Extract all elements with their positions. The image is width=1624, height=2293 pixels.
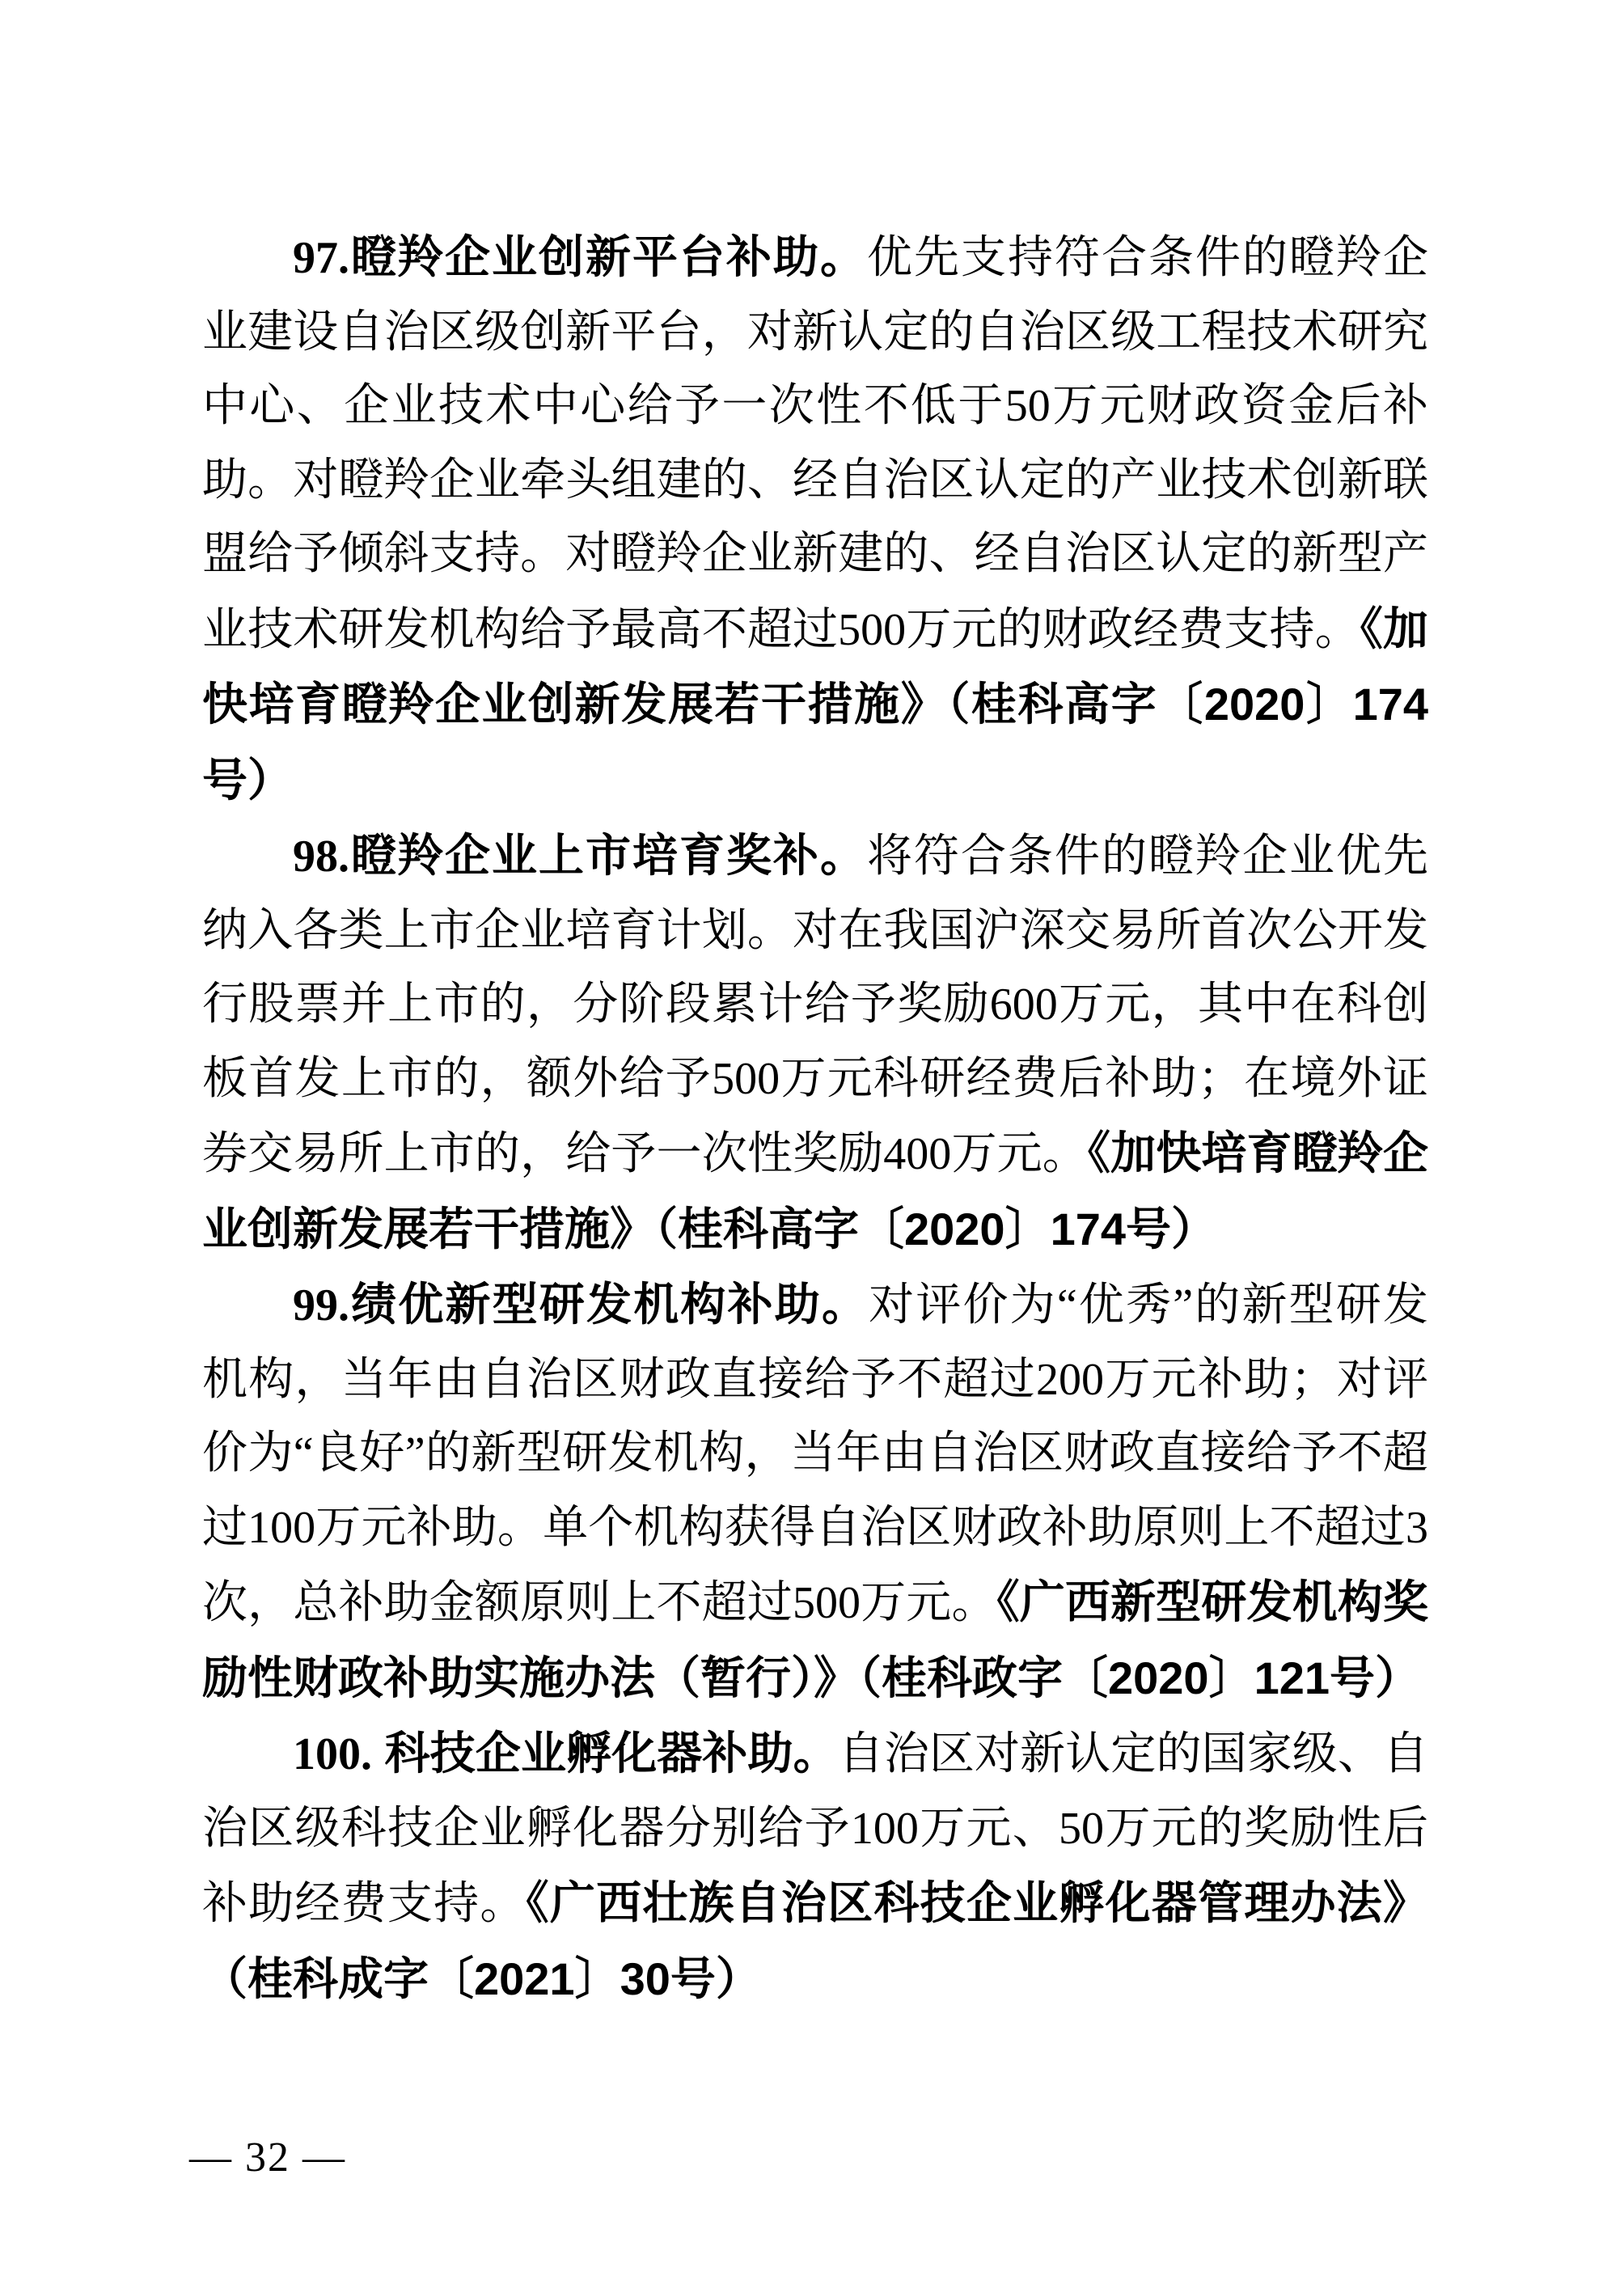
item-number: 99. <box>293 1280 349 1331</box>
policy-text-block: 97.瞪羚企业创新平台补助。优先支持符合条件的瞪羚企业建设自治区级创新平台，对新… <box>202 220 1428 2017</box>
item-number: 98. <box>293 831 349 882</box>
item-title: 绩优新型研发机构补助。 <box>349 1279 869 1330</box>
item-title: 科技企业孵化器补助。 <box>372 1728 839 1779</box>
document-page: 97.瞪羚企业创新平台补助。优先支持符合条件的瞪羚企业建设自治区级创新平台，对新… <box>0 0 1624 2293</box>
policy-item-99: 99.绩优新型研发机构补助。对评价为“优秀”的新型研发机构，当年由自治区财政直接… <box>202 1267 1428 1716</box>
item-title: 瞪羚企业上市培育奖补。 <box>349 830 867 881</box>
page-number: — 32 — <box>189 2134 346 2182</box>
item-number: 100. <box>293 1729 372 1779</box>
policy-item-98: 98.瞪羚企业上市培育奖补。将符合条件的瞪羚企业优先纳入各类上市企业培育计划。对… <box>202 819 1428 1267</box>
policy-item-100: 100. 科技企业孵化器补助。自治区对新认定的国家级、自治区级科技企业孵化器分别… <box>202 1716 1428 2017</box>
item-title: 瞪羚企业创新平台补助。 <box>349 231 867 282</box>
policy-item-97: 97.瞪羚企业创新平台补助。优先支持符合条件的瞪羚企业建设自治区级创新平台，对新… <box>202 220 1428 819</box>
item-number: 97. <box>293 233 349 283</box>
item-body: 优先支持符合条件的瞪羚企业建设自治区级创新平台，对新认定的自治区级工程技术研究中… <box>202 233 1428 655</box>
